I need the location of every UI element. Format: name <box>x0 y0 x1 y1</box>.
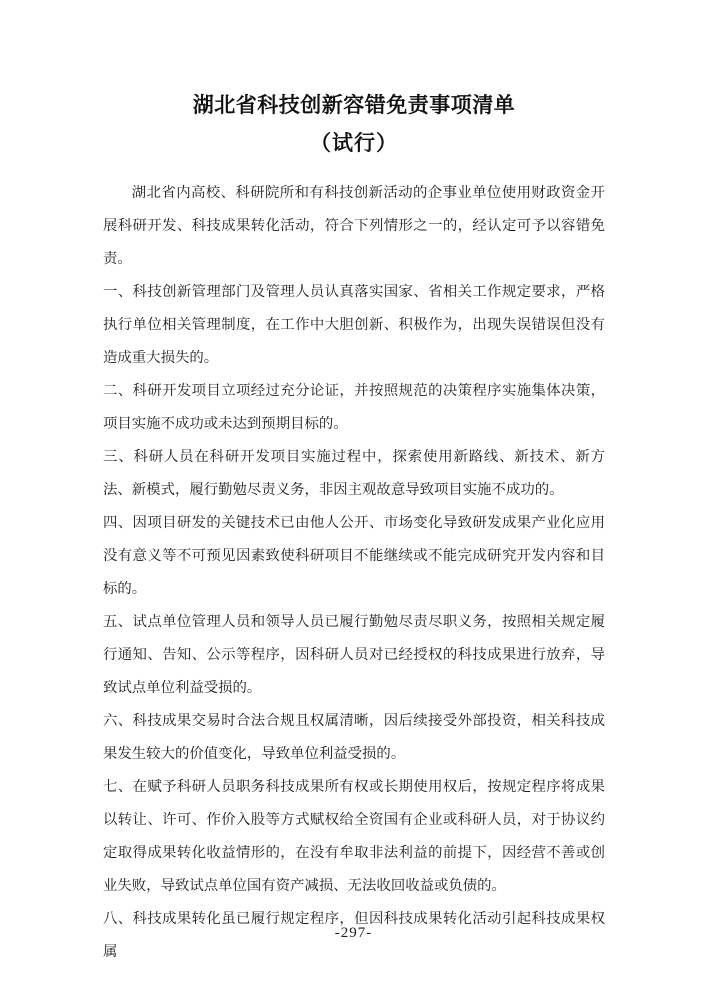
list-item-1: 一、科技创新管理部门及管理人员认真落实国家、省相关工作规定要求，严格执行单位相关… <box>103 276 605 375</box>
intro-paragraph: 湖北省内高校、科研院所和有科技创新活动的企事业单位使用财政资金开展科研开发、科技… <box>103 177 605 276</box>
list-item-3: 三、科研人员在科研开发项目实施过程中，探索使用新路线、新技术、新方法、新模式，履… <box>103 441 605 507</box>
list-item-5: 五、试点单位管理人员和领导人员已履行勤勉尽责尽职义务，按照相关规定履行通知、告知… <box>103 606 605 705</box>
page-number: -297- <box>0 925 707 942</box>
list-item-4: 四、因项目研发的关键技术已由他人公开、市场变化导致研发成果产业化应用没有意义等不… <box>103 507 605 606</box>
list-item-7: 七、在赋予科研人员职务科技成果所有权或长期使用权后，按规定程序将成果以转让、许可… <box>103 771 605 903</box>
list-item-2: 二、科研开发项目立项经过充分论证，并按照规范的决策程序实施集体决策，项目实施不成… <box>103 375 605 441</box>
document-page: 湖北省科技创新容错免责事项清单 （试行） 湖北省内高校、科研院所和有科技创新活动… <box>0 0 707 999</box>
document-subtitle: （试行） <box>103 128 605 158</box>
document-title: 湖北省科技创新容错免责事项清单 <box>103 90 605 120</box>
document-body: 湖北省内高校、科研院所和有科技创新活动的企事业单位使用财政资金开展科研开发、科技… <box>103 177 605 969</box>
list-item-6: 六、科技成果交易时合法合规且权属清晰，因后续接受外部投资，相关科技成果发生较大的… <box>103 705 605 771</box>
